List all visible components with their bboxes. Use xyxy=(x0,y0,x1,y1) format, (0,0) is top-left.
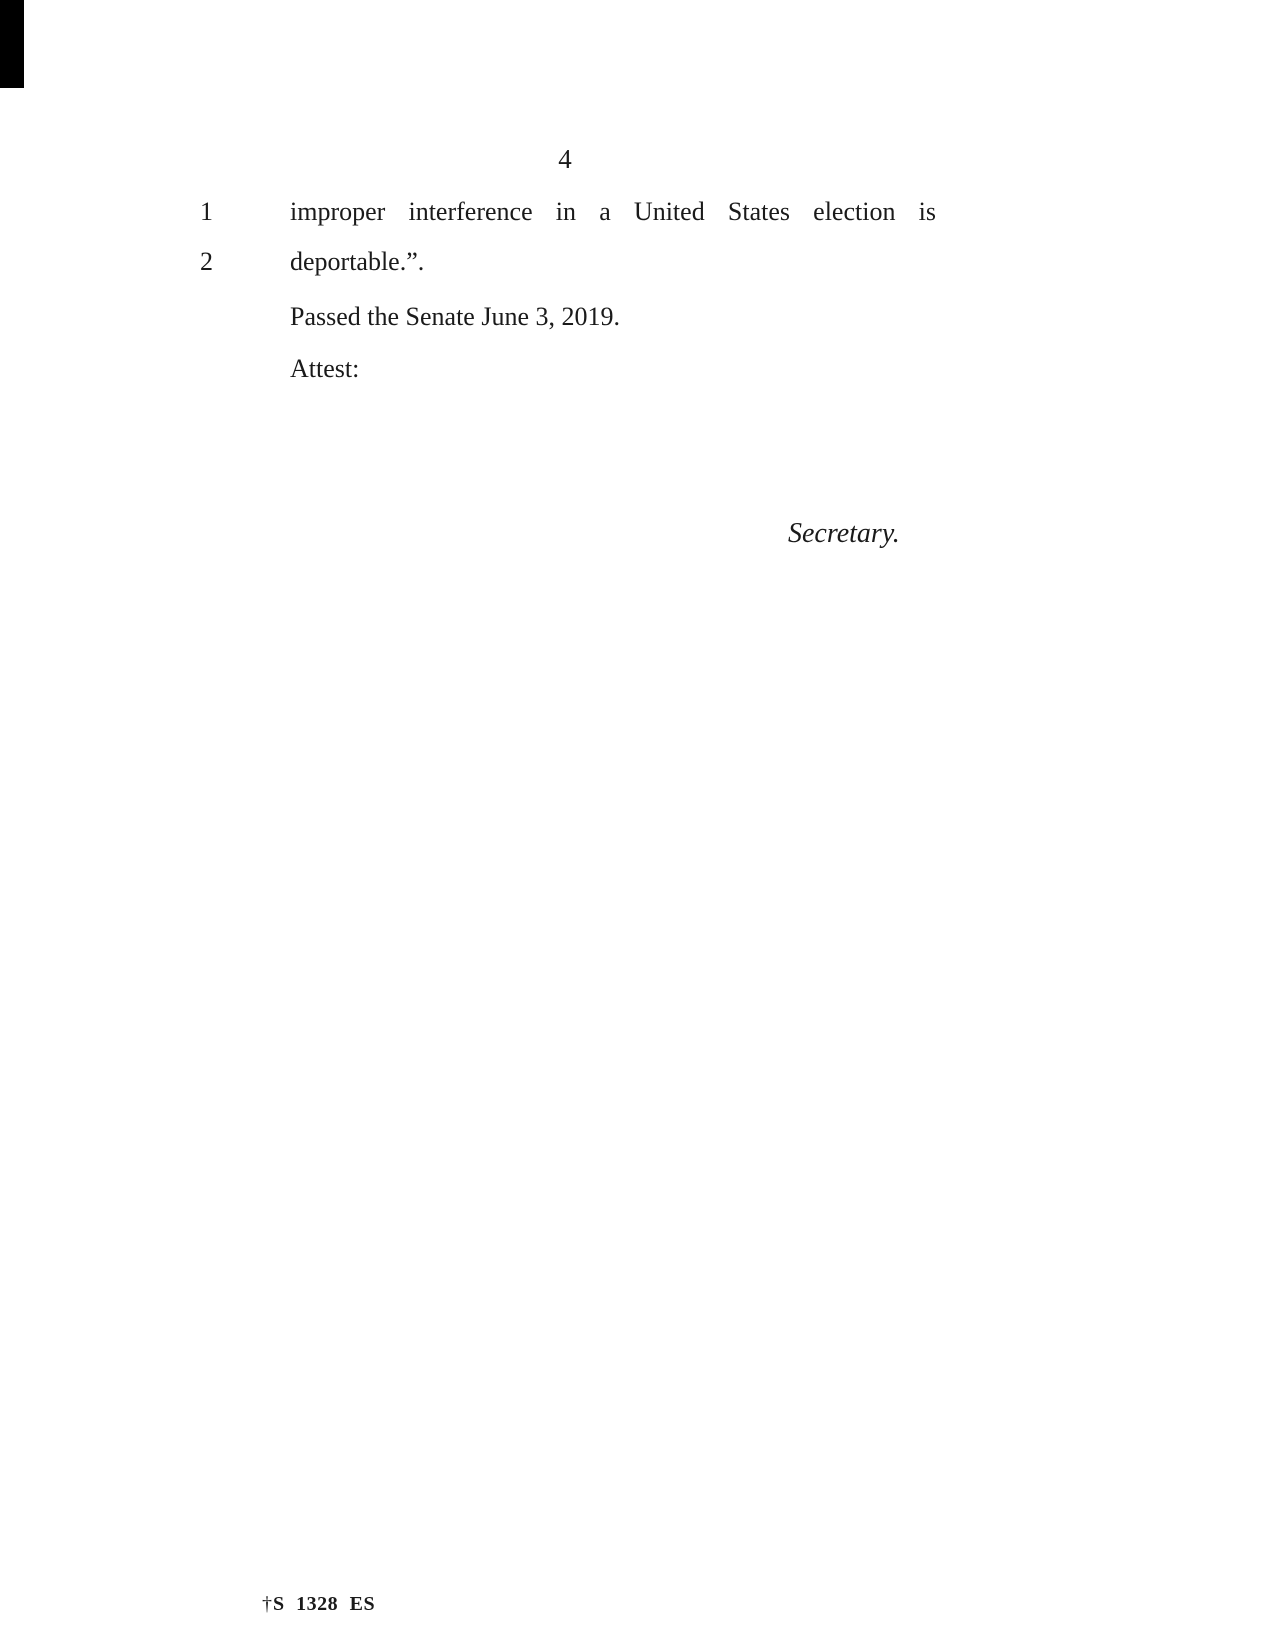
secretary-signature-title: Secretary. xyxy=(788,517,900,551)
bill-id-label: S 1328 ES xyxy=(273,1593,375,1615)
bill-footer: †S 1328 ES xyxy=(262,1592,375,1616)
passed-senate-line: Passed the Senate June 3, 2019. xyxy=(290,300,936,334)
page-number: 4 xyxy=(240,142,890,176)
bill-text-line-2: deportable.”. xyxy=(290,245,936,279)
bill-page: 4 1 improper interference in a United St… xyxy=(0,0,1275,1650)
attest-label: Attest: xyxy=(290,352,936,386)
line-number-1: 1 xyxy=(200,195,240,229)
line-number-2: 2 xyxy=(200,245,240,279)
dagger-symbol: † xyxy=(262,1593,273,1615)
bill-text-line-1: improper interference in a United States… xyxy=(290,195,936,229)
scan-edge-mark xyxy=(0,0,24,88)
